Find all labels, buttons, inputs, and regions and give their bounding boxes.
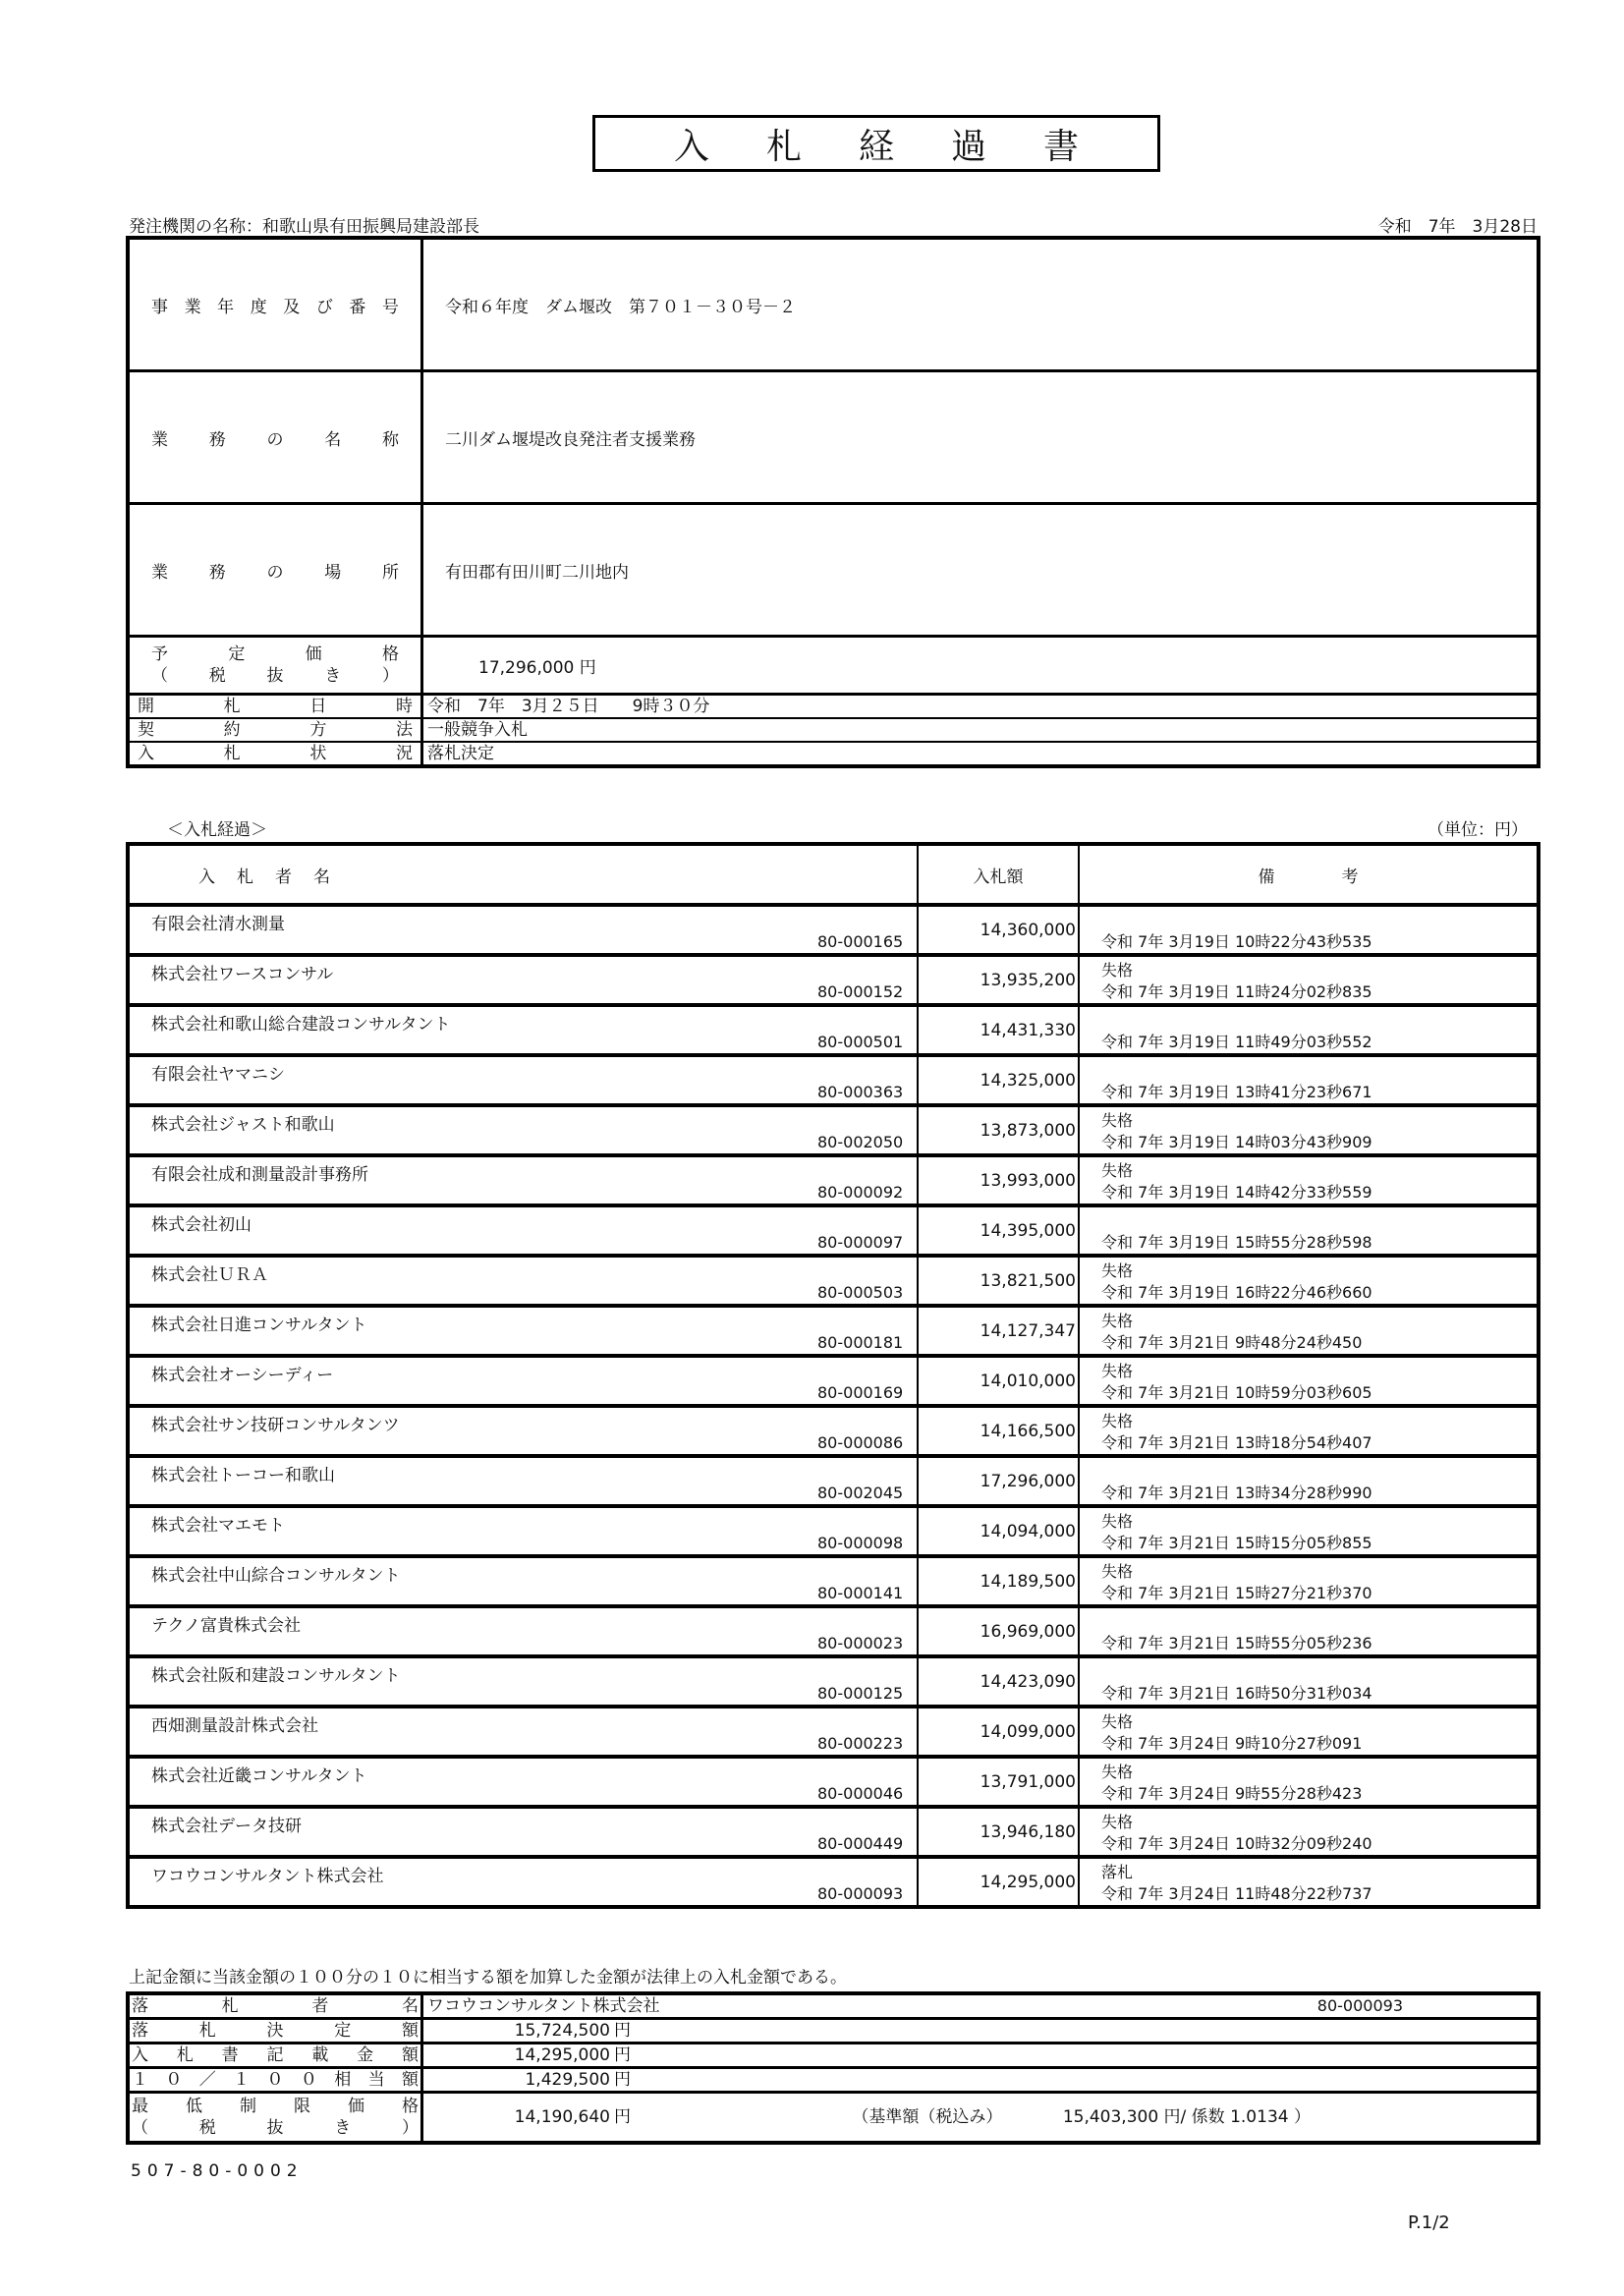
- label-char: ０: [267, 2069, 284, 2091]
- bidder-id: 80-000503: [817, 1283, 903, 1302]
- bidder-name: 株式会社ワースコンサル: [151, 960, 333, 984]
- bid-amount: 14,395,000: [918, 1205, 1079, 1256]
- label-char: 入: [132, 2044, 148, 2066]
- remarks-cell: 失格令和 7年 3月21日 15時15分05秒855: [1079, 1506, 1539, 1556]
- bid-row: 株式会社データ技研80-00044913,946,180失格令和 7年 3月24…: [128, 1807, 1539, 1857]
- remarks-cell: 失格令和 7年 3月19日 14時03分43秒909: [1079, 1105, 1539, 1155]
- bidder-cell: 株式会社オーシーディー80-000169: [128, 1356, 918, 1406]
- winner-cell: ワコウコンサルタント株式会社 80-000093: [422, 1993, 1540, 2019]
- bid-timestamp: 令和 7年 3月19日 13時41分23秒671: [1101, 1083, 1372, 1101]
- bid-row: 株式会社トーコー和歌山80-00204517,296,000令和 7年 3月21…: [128, 1456, 1539, 1506]
- ordering-agency: 発注機関の名称：和歌山県有田振興局建設部長: [129, 212, 479, 237]
- label-char: 度: [251, 293, 267, 317]
- bidder-id: 80-000023: [817, 1634, 903, 1652]
- bid-status: [1101, 1461, 1537, 1483]
- remarks-cell: 落札令和 7年 3月24日 11時48分22秒737: [1079, 1857, 1539, 1907]
- bidder-name: 有限会社成和測量設計事務所: [151, 1160, 368, 1185]
- bidder-cell: テクノ富貴株式会社80-000023: [128, 1606, 918, 1656]
- bidder-cell: 有限会社ヤマニシ80-000363: [128, 1055, 918, 1105]
- label-char: 業: [185, 293, 201, 317]
- bidder-name: 株式会社サン技研コンサルタンツ: [151, 1411, 400, 1435]
- bid-row: 有限会社清水測量80-00016514,360,000令和 7年 3月19日 1…: [128, 905, 1539, 955]
- label-char: 税: [209, 665, 226, 687]
- decided-amount-cell: 15,724,500円: [422, 2019, 1540, 2044]
- label-char: 況: [396, 743, 413, 764]
- bid-row: 株式会社ＵＲＡ80-00050313,821,500失格令和 7年 3月19日 …: [128, 1256, 1539, 1306]
- label-char: ０: [165, 2069, 182, 2091]
- label-char: 金: [357, 2044, 373, 2066]
- remarks-cell: 失格令和 7年 3月24日 9時55分28秒423: [1079, 1757, 1539, 1807]
- bidder-id: 80-000449: [817, 1834, 903, 1853]
- bid-amount: 14,325,000: [918, 1055, 1079, 1105]
- bid-amount: 13,821,500: [918, 1256, 1079, 1306]
- bidder-name: 株式会社マエモト: [151, 1511, 285, 1536]
- info-label: 契約方法: [128, 718, 422, 742]
- bidder-name: 株式会社初山: [151, 1210, 252, 1235]
- summary-label: 落札決定額: [128, 2019, 422, 2044]
- label-char: 務: [209, 558, 226, 583]
- bid-status: 落札: [1101, 1862, 1537, 1883]
- winner-name: ワコウコンサルタント株式会社: [423, 1996, 659, 2016]
- label-char: 方: [309, 719, 326, 741]
- bid-timestamp: 令和 7年 3月21日 13時18分54秒407: [1101, 1433, 1372, 1452]
- info-label: 業務の場所: [128, 504, 422, 637]
- bidder-id: 80-000223: [817, 1734, 903, 1753]
- label-char: 抜: [267, 665, 284, 687]
- label-char: の: [267, 425, 284, 450]
- label-char: 番: [349, 293, 365, 317]
- bid-status: [1101, 1611, 1537, 1633]
- bid-history-caption: ＜入札経過＞: [167, 815, 267, 840]
- remarks-cell: 令和 7年 3月21日 15時55分05秒236: [1079, 1606, 1539, 1656]
- label-char: 制: [240, 2096, 256, 2117]
- bid-status: [1101, 1210, 1537, 1232]
- bidder-id: 80-000363: [817, 1083, 903, 1101]
- bid-timestamp: 令和 7年 3月19日 11時49分03秒552: [1101, 1033, 1372, 1051]
- bid-timestamp: 令和 7年 3月19日 14時03分43秒909: [1101, 1133, 1372, 1151]
- remarks-cell: 失格令和 7年 3月19日 14時42分33秒559: [1079, 1155, 1539, 1205]
- bid-timestamp: 令和 7年 3月21日 15時15分05秒855: [1101, 1534, 1372, 1552]
- label-char: 当: [368, 2069, 385, 2091]
- bidder-id: 80-000181: [817, 1333, 903, 1352]
- label-char: び: [316, 293, 333, 317]
- bid-status: 失格: [1101, 1711, 1537, 1733]
- minimum-price-cell: 14,190,640円 （基準額（税込み） 15,403,300 円/ 係数 1…: [422, 2093, 1540, 2144]
- bidder-id: 80-000152: [817, 982, 903, 1001]
- bid-status: 失格: [1101, 1762, 1537, 1783]
- bidder-name: 有限会社ヤマニシ: [151, 1060, 285, 1085]
- header-bid-amount: 入札額: [918, 844, 1079, 905]
- bid-rows: 有限会社清水測量80-00016514,360,000令和 7年 3月19日 1…: [128, 905, 1539, 1907]
- summary-label: 落札者名: [128, 1993, 422, 2019]
- remarks-cell: 失格令和 7年 3月21日 10時59分03秒605: [1079, 1356, 1539, 1406]
- bidder-id: 80-000086: [817, 1433, 903, 1452]
- project-number: 令和６年度 ダム堰改 第７０１－３０号－２: [422, 238, 1540, 371]
- bidder-name: 株式会社オーシーディー: [151, 1361, 333, 1385]
- label-char: 記: [266, 2044, 283, 2066]
- remarks-cell: 失格令和 7年 3月24日 9時10分27秒091: [1079, 1707, 1539, 1757]
- yen-unit: 円: [614, 2045, 631, 2065]
- bid-amount: 14,099,000: [918, 1707, 1079, 1757]
- bidder-cell: 西畑測量設計株式会社80-000223: [128, 1707, 918, 1757]
- project-info-table: 事業年度及び番号 令和６年度 ダム堰改 第７０１－３０号－２ 業務の名称 二川ダ…: [126, 236, 1540, 768]
- document-title-box: 入札経過書: [592, 115, 1160, 172]
- label-char: 及: [283, 293, 300, 317]
- remarks-cell: 失格令和 7年 3月19日 16時22分46秒660: [1079, 1256, 1539, 1306]
- bid-status: 失格: [1101, 1561, 1537, 1583]
- bidder-cell: 株式会社和歌山総合建設コンサルタント80-000501: [128, 1005, 918, 1055]
- label-char: 額: [402, 2069, 419, 2091]
- bidder-cell: 株式会社ＵＲＡ80-000503: [128, 1256, 918, 1306]
- bid-timestamp: 令和 7年 3月19日 11時24分02秒835: [1101, 982, 1372, 1001]
- bid-status: 失格: [1101, 1511, 1537, 1533]
- bid-amount: 14,431,330: [918, 1005, 1079, 1055]
- yen-unit: 円: [614, 2021, 631, 2041]
- bid-amount: 14,127,347: [918, 1306, 1079, 1356]
- bid-row: 株式会社マエモト80-00009814,094,000失格令和 7年 3月21日…: [128, 1506, 1539, 1556]
- minimum-price: 14,190,640: [423, 2106, 610, 2128]
- bid-amount: 13,946,180: [918, 1807, 1079, 1857]
- label-char: （: [132, 2117, 148, 2139]
- bid-row: 株式会社初山80-00009714,395,000令和 7年 3月19日 15時…: [128, 1205, 1539, 1256]
- label-char: １: [132, 2069, 148, 2091]
- label-char: き: [334, 2117, 351, 2139]
- bid-table-header: 入札者名 入札額 備 考: [128, 844, 1539, 905]
- bid-amount: 14,010,000: [918, 1356, 1079, 1406]
- bidder-id: 80-000097: [817, 1233, 903, 1252]
- tax-amount-cell: 1,429,500円: [422, 2068, 1540, 2093]
- summary-row-bid-amount: 入札書記載金額 14,295,000円: [128, 2044, 1539, 2068]
- bid-row: 有限会社成和測量設計事務所80-00009213,993,000失格令和 7年 …: [128, 1155, 1539, 1205]
- bidder-name: 株式会社データ技研: [151, 1812, 302, 1836]
- label-char: 事: [151, 293, 168, 317]
- label-char: 相: [334, 2069, 351, 2091]
- basis-label: （基準額（税込み）: [852, 2107, 1002, 2127]
- label-char: 載: [311, 2044, 328, 2066]
- document-title: 入札経過書: [674, 119, 1136, 169]
- bid-timestamp: 令和 7年 3月24日 11時48分22秒737: [1101, 1884, 1372, 1903]
- label-char: 限: [294, 2096, 310, 2117]
- label-char: ）: [402, 2117, 419, 2139]
- bid-timestamp: 令和 7年 3月24日 9時55分28秒423: [1101, 1784, 1362, 1803]
- label-char: 約: [224, 719, 241, 741]
- bid-status: [1101, 1661, 1537, 1683]
- bid-amount: 13,791,000: [918, 1757, 1079, 1807]
- bidder-id: 80-000046: [817, 1784, 903, 1803]
- bidder-id: 80-000092: [817, 1183, 903, 1202]
- bid-status: [1101, 1060, 1537, 1082]
- bidder-id: 80-000165: [817, 932, 903, 951]
- info-row-work-name: 業務の名称 二川ダム堰堤改良発注者支援業務: [128, 371, 1539, 504]
- label-char: 所: [382, 558, 399, 583]
- info-row-opening: 開札日時 令和 7年 3月２５日 9時３０分: [128, 695, 1539, 719]
- label-char: 価: [348, 2096, 364, 2117]
- bidder-cell: 株式会社ワースコンサル80-000152: [128, 955, 918, 1005]
- label-char: 格: [382, 644, 399, 665]
- bid-timestamp: 令和 7年 3月24日 9時10分27秒091: [1101, 1734, 1362, 1753]
- bidder-cell: 株式会社データ技研80-000449: [128, 1807, 918, 1857]
- bidder-id: 80-000098: [817, 1534, 903, 1552]
- remarks-cell: 令和 7年 3月19日 13時41分23秒671: [1079, 1055, 1539, 1105]
- remarks-cell: 失格令和 7年 3月21日 9時48分24秒450: [1079, 1306, 1539, 1356]
- bid-amount: 14,295,000: [918, 1857, 1079, 1907]
- bidder-name: 株式会社中山綜合コンサルタント: [151, 1561, 400, 1586]
- bid-timestamp: 令和 7年 3月21日 16時50分31秒034: [1101, 1684, 1372, 1703]
- bidder-name: 株式会社ＵＲＡ: [151, 1260, 268, 1285]
- bidder-id: 80-000141: [817, 1584, 903, 1602]
- label-char: 札: [224, 696, 241, 717]
- yen-unit: 円: [614, 2107, 631, 2127]
- bidder-cell: 株式会社ジャスト和歌山80-002050: [128, 1105, 918, 1155]
- bid-amount: 14,166,500: [918, 1406, 1079, 1456]
- legal-note: 上記金額に当該金額の１００分の１０に相当する額を加算した金額が法律上の入札金額で…: [129, 1963, 847, 1988]
- winner-id: 80-000093: [1317, 1995, 1403, 2017]
- summary-row-winner: 落札者名 ワコウコンサルタント株式会社 80-000093: [128, 1993, 1539, 2019]
- label-char: 低: [186, 2096, 202, 2117]
- bidder-cell: ワコウコンサルタント株式会社80-000093: [128, 1857, 918, 1907]
- info-label: 業務の名称: [128, 371, 422, 504]
- label-char: 税: [199, 2117, 216, 2139]
- label-char: 年: [217, 293, 234, 317]
- label-char: 務: [209, 425, 226, 450]
- summary-row-decided-amount: 落札決定額 15,724,500円: [128, 2019, 1539, 2044]
- bid-amount: 14,360,000: [918, 905, 1079, 955]
- bidder-cell: 有限会社成和測量設計事務所80-000092: [128, 1155, 918, 1205]
- remarks-cell: 令和 7年 3月19日 15時55分28秒598: [1079, 1205, 1539, 1256]
- bid-timestamp: 令和 7年 3月24日 10時32分09秒240: [1101, 1834, 1372, 1853]
- work-name: 二川ダム堰堤改良発注者支援業務: [422, 371, 1540, 504]
- bid-amount: 17,296,000: [918, 1456, 1079, 1506]
- label-char: 契: [138, 719, 154, 741]
- label-char: 業: [151, 558, 168, 583]
- label-char: 札: [222, 1995, 239, 2017]
- bid-status: 失格: [1101, 1361, 1537, 1382]
- bidder-id: 80-002050: [817, 1133, 903, 1151]
- label-char: １: [233, 2069, 250, 2091]
- document-date: 令和 7年 3月28日: [1378, 212, 1538, 237]
- remarks-cell: 令和 7年 3月19日 10時22分43秒535: [1079, 905, 1539, 955]
- label-char: 定: [334, 2020, 351, 2042]
- bid-row: 株式会社オーシーディー80-00016914,010,000失格令和 7年 3月…: [128, 1356, 1539, 1406]
- bidder-cell: 株式会社阪和建設コンサルタント80-000125: [128, 1656, 918, 1707]
- label-char: 定: [228, 644, 245, 665]
- info-row-work-location: 業務の場所 有田郡有田川町二川地内: [128, 504, 1539, 637]
- bid-row: 株式会社日進コンサルタント80-00018114,127,347失格令和 7年 …: [128, 1306, 1539, 1356]
- bid-timestamp: 令和 7年 3月19日 15時55分28秒598: [1101, 1233, 1372, 1252]
- label-char: 者: [311, 1995, 328, 2017]
- header-bidder-name: 入札者名: [128, 844, 918, 905]
- bidder-id: 80-000125: [817, 1684, 903, 1703]
- bid-status: 落札決定: [422, 742, 1540, 766]
- remarks-cell: 失格令和 7年 3月24日 10時32分09秒240: [1079, 1807, 1539, 1857]
- bidder-name: 西畑測量設計株式会社: [151, 1711, 318, 1736]
- bid-status: 失格: [1101, 1812, 1537, 1833]
- label-char: 最: [132, 2096, 148, 2117]
- bid-timestamp: 令和 7年 3月21日 13時34分28秒990: [1101, 1484, 1372, 1502]
- bid-row: 株式会社近畿コンサルタント80-00004613,791,000失格令和 7年 …: [128, 1757, 1539, 1807]
- label-char: ０: [301, 2069, 317, 2091]
- label-char: 予: [151, 644, 168, 665]
- bid-status: 失格: [1101, 1311, 1537, 1332]
- bid-row: 株式会社ワースコンサル80-00015213,935,200失格令和 7年 3月…: [128, 955, 1539, 1005]
- bid-amount: 13,993,000: [918, 1155, 1079, 1205]
- page-number: P.1/2: [1408, 2212, 1450, 2233]
- info-row-planned-price: 予定価格（税抜き） 17,296,000 円: [128, 637, 1539, 695]
- info-label: 予定価格（税抜き）: [128, 637, 422, 695]
- label-char: 格: [402, 2096, 419, 2117]
- bid-amount: 14,423,090: [918, 1656, 1079, 1707]
- summary-label: １０／１００相当額: [128, 2068, 422, 2093]
- bidder-id: 80-002045: [817, 1484, 903, 1502]
- bidder-name: 株式会社トーコー和歌山: [151, 1461, 335, 1485]
- bid-amount: 13,935,200: [918, 955, 1079, 1005]
- bidder-id: 80-000169: [817, 1383, 903, 1402]
- label-char: 業: [151, 425, 168, 450]
- bidder-name: ワコウコンサルタント株式会社: [151, 1862, 383, 1886]
- label-char: 札: [177, 2044, 194, 2066]
- label-char: き: [324, 665, 341, 687]
- bidder-name: 株式会社日進コンサルタント: [151, 1311, 366, 1335]
- label-char: 場: [324, 558, 341, 583]
- summary-row-minimum-price: 最低制限価格（税抜き） 14,190,640円 （基準額（税込み） 15,403…: [128, 2093, 1539, 2144]
- label-char: 札: [199, 2020, 216, 2042]
- bidder-cell: 株式会社初山80-000097: [128, 1205, 918, 1256]
- label-char: （: [151, 665, 168, 687]
- bid-timestamp: 令和 7年 3月21日 15時27分21秒370: [1101, 1584, 1372, 1602]
- label-char: 状: [309, 743, 326, 764]
- bidder-cell: 株式会社マエモト80-000098: [128, 1506, 918, 1556]
- label-char: 時: [396, 696, 413, 717]
- bid-row: 株式会社和歌山総合建設コンサルタント80-00050114,431,330令和 …: [128, 1005, 1539, 1055]
- label-char: 称: [382, 425, 399, 450]
- bid-status: [1101, 910, 1537, 931]
- bid-row: 株式会社阪和建設コンサルタント80-00012514,423,090令和 7年 …: [128, 1656, 1539, 1707]
- bidder-id: 80-000501: [817, 1033, 903, 1051]
- bid-history-table: 入札者名 入札額 備 考 有限会社清水測量80-00016514,360,000…: [126, 842, 1540, 1909]
- label-char: 額: [402, 2020, 419, 2042]
- bid-status: 失格: [1101, 960, 1537, 981]
- bidder-name: テクノ富貴株式会社: [151, 1611, 301, 1636]
- bid-amount: 14,189,500: [918, 1556, 1079, 1606]
- info-label: 事業年度及び番号: [128, 238, 422, 371]
- info-row-project-number: 事業年度及び番号 令和６年度 ダム堰改 第７０１－３０号－２: [128, 238, 1539, 371]
- document-code: 507-80-0002: [131, 2161, 304, 2181]
- bid-status: [1101, 1010, 1537, 1032]
- header-remarks: 備 考: [1079, 844, 1539, 905]
- yen-unit: 円: [614, 2070, 631, 2090]
- bid-status: 失格: [1101, 1260, 1537, 1282]
- label-char: 書: [222, 2044, 239, 2066]
- bid-row: 株式会社ジャスト和歌山80-00205013,873,000失格令和 7年 3月…: [128, 1105, 1539, 1155]
- award-summary-table: 落札者名 ワコウコンサルタント株式会社 80-000093 落札決定額 15,7…: [126, 1991, 1540, 2145]
- tax-amount: 1,429,500: [423, 2069, 610, 2091]
- bid-timestamp: 令和 7年 3月21日 10時59分03秒605: [1101, 1383, 1372, 1402]
- bidder-name: 株式会社阪和建設コンサルタント: [151, 1661, 400, 1686]
- label-char: 法: [396, 719, 413, 741]
- label-char: の: [267, 558, 284, 583]
- bid-amount: 16,969,000: [918, 1606, 1079, 1656]
- bid-status: 失格: [1101, 1411, 1537, 1432]
- info-row-status: 入札状況 落札決定: [128, 742, 1539, 766]
- contract-method: 一般競争入札: [422, 718, 1540, 742]
- bidder-name: 株式会社和歌山総合建設コンサルタント: [151, 1010, 450, 1035]
- bid-timestamp: 令和 7年 3月19日 16時22分46秒660: [1101, 1283, 1372, 1302]
- info-row-method: 契約方法 一般競争入札: [128, 718, 1539, 742]
- bid-row: 西畑測量設計株式会社80-00022314,099,000失格令和 7年 3月2…: [128, 1707, 1539, 1757]
- work-location: 有田郡有田川町二川地内: [422, 504, 1540, 637]
- opening-datetime: 令和 7年 3月２５日 9時３０分: [422, 695, 1540, 719]
- label-char: 名: [402, 1995, 419, 2017]
- remarks-cell: 令和 7年 3月21日 16時50分31秒034: [1079, 1656, 1539, 1707]
- label-char: 落: [132, 2020, 148, 2042]
- bid-row: 有限会社ヤマニシ80-00036314,325,000令和 7年 3月19日 1…: [128, 1055, 1539, 1105]
- bid-row: 株式会社サン技研コンサルタンツ80-00008614,166,500失格令和 7…: [128, 1406, 1539, 1456]
- bid-amount-cell: 14,295,000円: [422, 2044, 1540, 2068]
- remarks-cell: 令和 7年 3月21日 13時34分28秒990: [1079, 1456, 1539, 1506]
- label-char: 入: [138, 743, 154, 764]
- label-char: 抜: [267, 2117, 284, 2139]
- basis-value: 15,403,300 円/ 係数 1.0134 ）: [1063, 2107, 1311, 2127]
- label-char: ／: [199, 2069, 216, 2091]
- label-char: 開: [138, 696, 154, 717]
- bid-timestamp: 令和 7年 3月21日 9時48分24秒450: [1101, 1333, 1362, 1352]
- summary-label: 入札書記載金額: [128, 2044, 422, 2068]
- bidder-id: 80-000093: [817, 1884, 903, 1903]
- bid-timestamp: 令和 7年 3月19日 14時42分33秒559: [1101, 1183, 1372, 1202]
- label-char: 日: [309, 696, 326, 717]
- label-char: 名: [324, 425, 341, 450]
- bidder-name: 有限会社清水測量: [151, 910, 285, 934]
- bidder-cell: 株式会社中山綜合コンサルタント80-000141: [128, 1556, 918, 1606]
- label-char: ）: [382, 665, 399, 687]
- remarks-cell: 失格令和 7年 3月19日 11時24分02秒835: [1079, 955, 1539, 1005]
- bid-amount: 13,873,000: [918, 1105, 1079, 1155]
- remarks-cell: 失格令和 7年 3月21日 15時27分21秒370: [1079, 1556, 1539, 1606]
- bid-status: 失格: [1101, 1110, 1537, 1132]
- bid-status: 失格: [1101, 1160, 1537, 1182]
- bid-row: 株式会社中山綜合コンサルタント80-00014114,189,500失格令和 7…: [128, 1556, 1539, 1606]
- bidder-name: 株式会社近畿コンサルタント: [151, 1762, 366, 1786]
- bid-amount: 14,295,000: [423, 2044, 610, 2066]
- remarks-cell: 令和 7年 3月19日 11時49分03秒552: [1079, 1005, 1539, 1055]
- unit-label: （単位：円）: [1428, 815, 1528, 840]
- planned-price: 17,296,000 円: [422, 637, 1540, 695]
- summary-row-tax-amount: １０／１００相当額 1,429,500円: [128, 2068, 1539, 2093]
- summary-label: 最低制限価格（税抜き）: [128, 2093, 422, 2144]
- info-label: 入札状況: [128, 742, 422, 766]
- label-char: 決: [267, 2020, 284, 2042]
- bidder-cell: 株式会社トーコー和歌山80-002045: [128, 1456, 918, 1506]
- bid-amount: 14,094,000: [918, 1506, 1079, 1556]
- decided-amount: 15,724,500: [423, 2020, 610, 2042]
- bidder-cell: 株式会社サン技研コンサルタンツ80-000086: [128, 1406, 918, 1456]
- label-char: 号: [382, 293, 399, 317]
- bidder-cell: 有限会社清水測量80-000165: [128, 905, 918, 955]
- bidder-name: 株式会社ジャスト和歌山: [151, 1110, 335, 1135]
- bidder-cell: 株式会社近畿コンサルタント80-000046: [128, 1757, 918, 1807]
- label-char: 価: [306, 644, 322, 665]
- bid-row: ワコウコンサルタント株式会社80-00009314,295,000落札令和 7年…: [128, 1857, 1539, 1907]
- info-label: 開札日時: [128, 695, 422, 719]
- remarks-cell: 失格令和 7年 3月21日 13時18分54秒407: [1079, 1406, 1539, 1456]
- label-char: 札: [224, 743, 241, 764]
- label-char: 額: [402, 2044, 419, 2066]
- label-char: 落: [132, 1995, 148, 2017]
- bid-row: テクノ富貴株式会社80-00002316,969,000令和 7年 3月21日 …: [128, 1606, 1539, 1656]
- bid-timestamp: 令和 7年 3月19日 10時22分43秒535: [1101, 932, 1372, 951]
- bid-timestamp: 令和 7年 3月21日 15時55分05秒236: [1101, 1634, 1372, 1652]
- bidder-cell: 株式会社日進コンサルタント80-000181: [128, 1306, 918, 1356]
